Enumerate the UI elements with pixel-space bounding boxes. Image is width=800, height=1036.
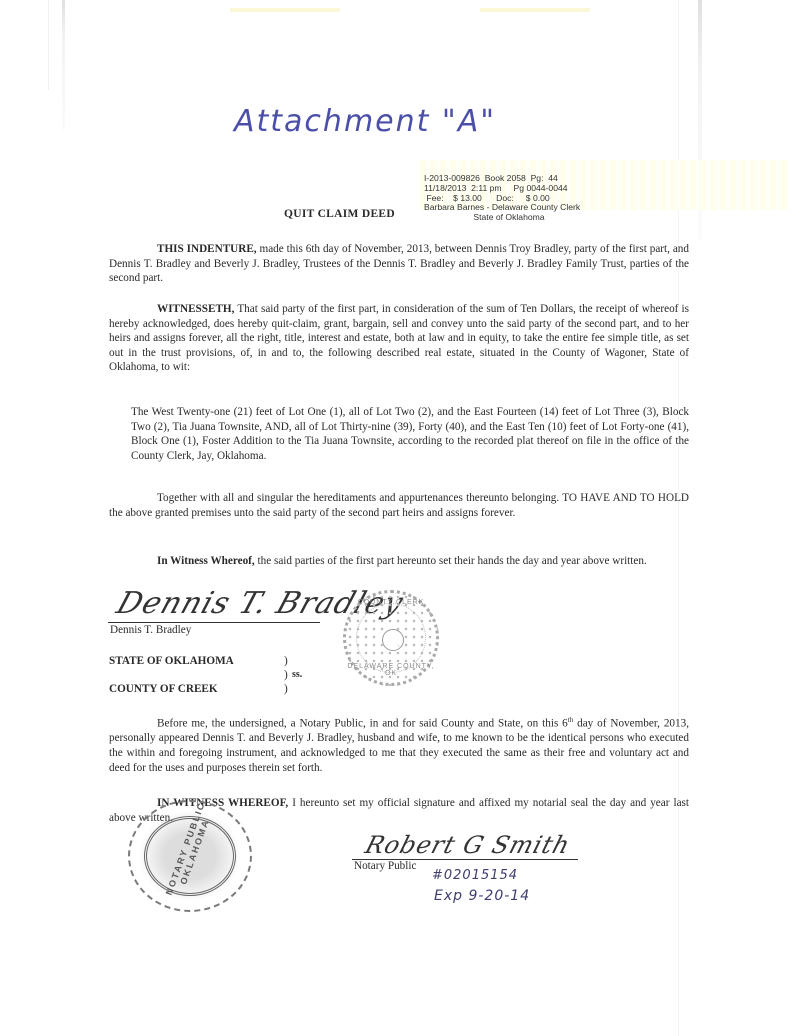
venue-county: COUNTY OF CREEK (109, 683, 218, 695)
venue-ss: ss. (292, 669, 302, 680)
notary-public-label: Notary Public (354, 860, 416, 872)
document-title: QUIT CLAIM DEED (284, 208, 395, 220)
county-clerk-seal: COUNTY CLERK DELAWARE COUNTY, OK (343, 590, 439, 686)
grantor-printed-name: Dennis T. Bradley (110, 624, 191, 636)
scan-artifact (48, 0, 49, 90)
attachment-handwritten-label: Attachment "A" (234, 104, 496, 139)
notary-signature: Robert G Smith (362, 831, 574, 859)
venue-bracket: ) (284, 669, 288, 681)
bleed-through (480, 8, 590, 12)
seal-emblem-icon (382, 629, 404, 651)
stamp-state: State of Oklahoma (424, 213, 594, 223)
notary-commission-number: #02015154 (432, 868, 518, 883)
venue-bracket: ) (284, 683, 288, 695)
habendum-paragraph: Together with all and singular the hered… (109, 491, 689, 520)
witnesseth-paragraph: WITNESSETH, That said party of the first… (109, 302, 689, 375)
recording-stamp: I-2013-009826 Book 2058 Pg: 44 11/18/201… (424, 174, 594, 223)
legal-description: The West Twenty-one (21) feet of Lot One… (131, 405, 689, 463)
notary-expiration: Exp 9-20-14 (434, 888, 530, 904)
signature-line (108, 622, 320, 623)
venue-bracket: ) (284, 655, 288, 667)
indenture-paragraph: THIS INDENTURE, made this 6th day of Nov… (109, 242, 689, 286)
seal-top-text: COUNTY CLERK (346, 599, 436, 606)
in-witness-paragraph: In Witness Whereof, the said parties of … (109, 554, 689, 569)
bleed-through (230, 8, 340, 12)
scan-artifact (62, 0, 65, 130)
notary-acknowledgment: Before me, the undersigned, a Notary Pub… (109, 713, 689, 775)
seal-bottom-text: DELAWARE COUNTY, OK (346, 663, 436, 677)
venue-state: STATE OF OKLAHOMA (109, 655, 234, 667)
notary-seal: NOTARY PUBLIC OKLAHOMA (128, 800, 252, 912)
